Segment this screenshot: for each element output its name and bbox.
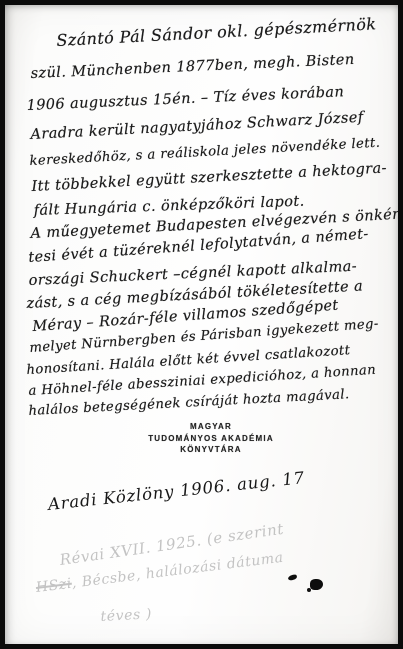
scanned-manuscript-card: Szántó Pál Sándor okl. gépészmérnök szül… [0, 0, 403, 649]
stamp-line-1: MAGYAR [141, 421, 281, 433]
stamp-line-2: TUDOMÁNYOS AKADÉMIA [141, 433, 281, 445]
border-nick [0, 215, 4, 223]
stamp-line-3: KÖNYVTÁRA [141, 444, 281, 456]
library-stamp: MAGYAR TUDOMÁNYOS AKADÉMIA KÖNYVTÁRA [141, 421, 281, 456]
pencil-note-line: téves ) [100, 606, 152, 625]
border-nick [0, 125, 4, 135]
border-nick [0, 33, 5, 47]
